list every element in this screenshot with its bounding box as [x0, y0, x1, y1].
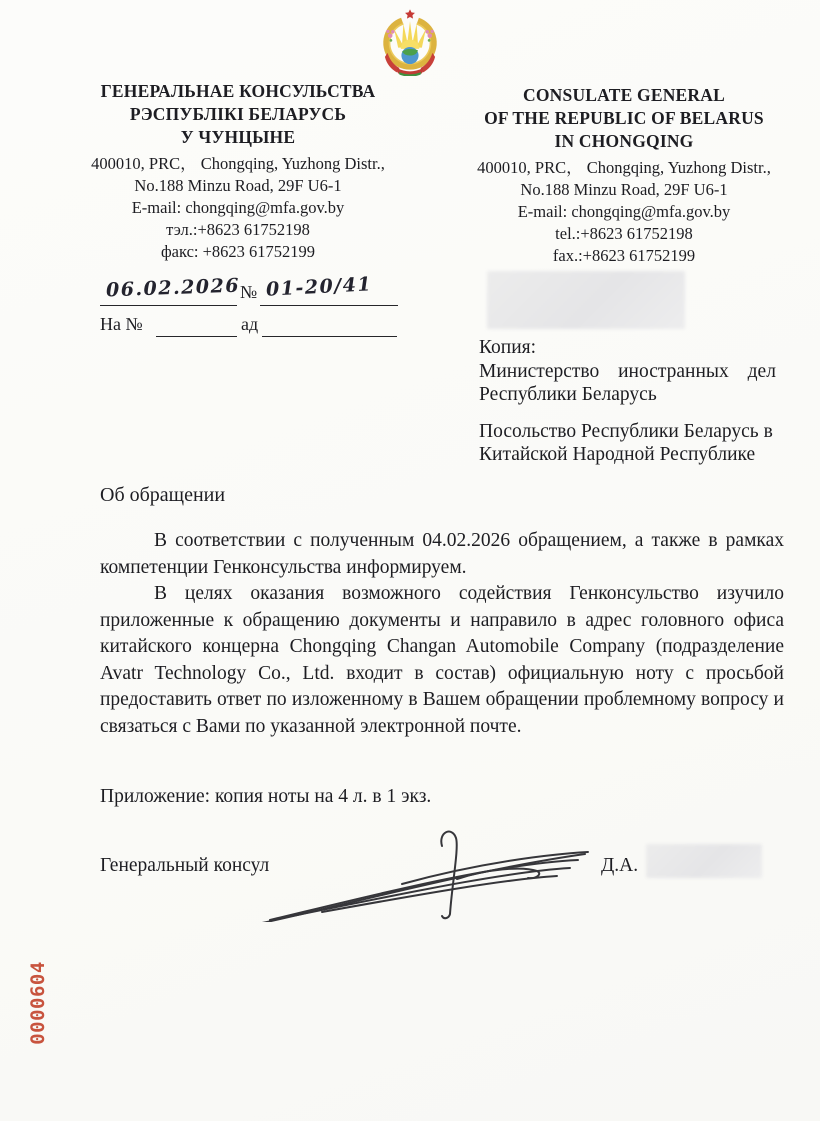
recipient-ministry-line2: Республики Беларусь	[479, 383, 801, 407]
address-line: No.188 Minzu Road, 29F U6-1	[56, 175, 420, 197]
number-sign-label: №	[240, 282, 257, 303]
address-line: tel.:+8623 61752198	[442, 223, 806, 245]
reply-from-underline	[262, 336, 397, 337]
reply-number-underline	[156, 336, 237, 337]
registration-stamp-number: 0000604	[27, 958, 51, 1048]
recipient-embassy-line1: Посольство Республики Беларусь в	[479, 420, 801, 444]
subject-line: Об обращении	[100, 484, 225, 507]
attachment-line: Приложение: копия ноты на 4 л. в 1 экз.	[100, 786, 431, 808]
address-line: факс: +8623 61752199	[56, 241, 420, 263]
belarus-coat-of-arms-icon	[377, 6, 443, 76]
letterhead-english-title: CONSULATE GENERAL OF THE REPUBLIC OF BEL…	[442, 84, 806, 153]
letterhead-english: CONSULATE GENERAL OF THE REPUBLIC OF BEL…	[442, 84, 806, 267]
address-line: fax.:+8623 61752199	[442, 245, 806, 267]
letterhead-title-line: IN CHONGQING	[442, 130, 806, 153]
letterhead-title-line: ГЕНЕРАЛЬНАЕ КОНСУЛЬСТВА	[56, 80, 420, 103]
address-line: тэл.:+8623 61752198	[56, 219, 420, 241]
letterhead-english-address: 400010, PRC， Chongqing, Yuzhong Distr., …	[442, 157, 806, 267]
letterhead-belarusian-title: ГЕНЕРАЛЬНАЕ КОНСУЛЬСТВА РЭСПУБЛІКІ БЕЛАР…	[56, 80, 420, 149]
address-line: E-mail: chongqing@mfa.gov.by	[56, 197, 420, 219]
signer-initials: Д.А.	[601, 855, 638, 877]
reply-to-label: На №	[100, 314, 143, 335]
letterhead-belarusian-address: 400010, PRC， Chongqing, Yuzhong Distr., …	[56, 153, 420, 263]
redacted-signer-name	[646, 844, 762, 878]
date-underline	[100, 305, 237, 306]
body-paragraph-2: В целях оказания возможного содействия Г…	[100, 581, 784, 740]
body-paragraph-1: В соответствии с полученным 04.02.2026 о…	[100, 528, 784, 581]
address-line: 400010, PRC， Chongqing, Yuzhong Distr.,	[56, 153, 420, 175]
letterhead-title-line: РЭСПУБЛІКІ БЕЛАРУСЬ	[56, 103, 420, 126]
copy-recipients-block: Копия: Министерство иностранных дел Респ…	[479, 336, 801, 467]
address-line: No.188 Minzu Road, 29F U6-1	[442, 179, 806, 201]
address-line: 400010, PRC， Chongqing, Yuzhong Distr.,	[442, 157, 806, 179]
recipient-embassy-line2: Китайской Народной Республике	[479, 443, 801, 467]
reply-from-label: ад	[241, 314, 258, 335]
signer-title: Генеральный консул	[100, 855, 269, 877]
scanned-letter-page: ГЕНЕРАЛЬНАЕ КОНСУЛЬСТВА РЭСПУБЛІКІ БЕЛАР…	[0, 0, 820, 1121]
redacted-addressee-block	[487, 271, 685, 329]
handwritten-date: 06.02.2026	[106, 275, 241, 302]
letterhead-title-line: У ЧУНЦЫНЕ	[56, 126, 420, 149]
handwritten-signature	[252, 824, 597, 922]
letter-body: В соответствии с полученным 04.02.2026 о…	[100, 528, 784, 740]
copy-label: Копия:	[479, 336, 801, 360]
letterhead-title-line: OF THE REPUBLIC OF BELARUS	[442, 107, 806, 130]
recipient-ministry-line1: Министерство иностранных дел	[479, 360, 801, 384]
number-underline	[260, 305, 398, 306]
letterhead-title-line: CONSULATE GENERAL	[442, 84, 806, 107]
handwritten-reference-number: 01-20/41	[265, 273, 372, 301]
address-line: E-mail: chongqing@mfa.gov.by	[442, 201, 806, 223]
letterhead-belarusian: ГЕНЕРАЛЬНАЕ КОНСУЛЬСТВА РЭСПУБЛІКІ БЕЛАР…	[56, 80, 420, 263]
